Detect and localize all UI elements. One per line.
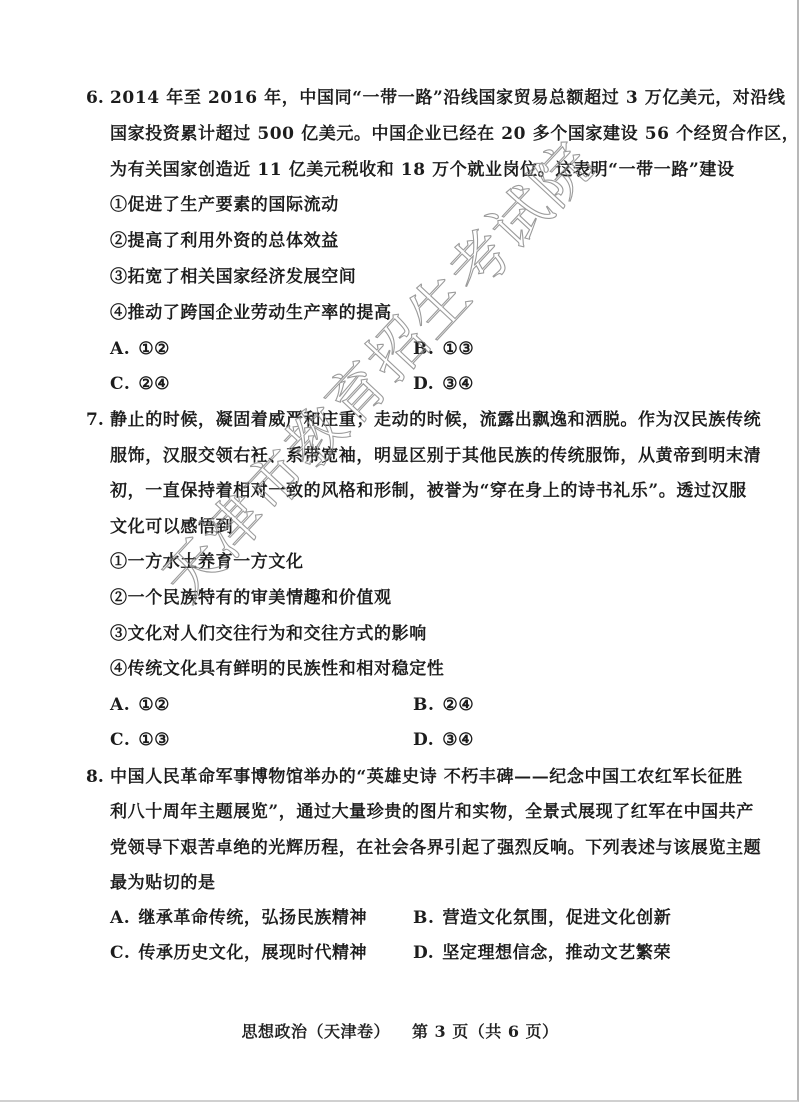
option-letter: A. bbox=[110, 339, 130, 359]
option-text: ②④ bbox=[443, 695, 475, 715]
option-b: B.②④ bbox=[413, 694, 474, 716]
option-text: ①② bbox=[138, 695, 170, 715]
option-c: C.①③ bbox=[110, 729, 170, 751]
option-text: ③④ bbox=[442, 374, 474, 394]
question-stem-line: 静止的时候，凝固着威严和庄重；走动的时候，流露出飘逸和洒脱。作为汉民族传统 bbox=[110, 409, 761, 431]
footer-page-info: 第 3 页（共 6 页） bbox=[412, 1022, 559, 1041]
question-stem-line: 中国人民革命军事博物馆举办的“英雄史诗 不朽丰碑——纪念中国工农红军长征胜 bbox=[110, 766, 743, 788]
statement: ④推动了跨国企业劳动生产率的提高 bbox=[110, 302, 392, 324]
question-stem-line: 党领导下艰苦卓绝的光辉历程，在社会各界引起了强烈反响。下列表述与该展览主题 bbox=[110, 837, 761, 859]
question-stem-line: 文化可以感悟到 bbox=[110, 516, 233, 538]
question-stem-line: 初，一直保持着相对一致的风格和形制，被誉为“穿在身上的诗书礼乐”。透过汉服 bbox=[110, 480, 747, 502]
question-number: 8. bbox=[86, 766, 104, 788]
page-footer: 思想政治（天津卷）第 3 页（共 6 页） bbox=[0, 1019, 800, 1042]
exam-page: 6. 2014 年至 2016 年，中国同“一带一路”沿线国家贸易总额超过 3 … bbox=[0, 0, 799, 1102]
footer-subject: 思想政治（天津卷） bbox=[241, 1022, 390, 1041]
statement: ①一方水土养育一方文化 bbox=[110, 551, 304, 573]
question-stem-line: 国家投资累计超过 500 亿美元。中国企业已经在 20 多个国家建设 56 个经… bbox=[110, 123, 799, 145]
option-letter: C. bbox=[110, 943, 130, 963]
option-d: D.坚定理想信念，推动文艺繁荣 bbox=[413, 942, 671, 964]
option-text: 坚定理想信念，推动文艺繁荣 bbox=[442, 943, 671, 963]
option-text: ①③ bbox=[138, 730, 170, 750]
option-letter: D. bbox=[413, 374, 434, 394]
option-text: ②④ bbox=[138, 374, 170, 394]
question-stem-line: 为有关国家创造近 11 亿美元税收和 18 万个就业岗位。这表明“一带一路”建设 bbox=[110, 159, 735, 181]
option-letter: D. bbox=[413, 943, 434, 963]
option-a: A.①② bbox=[110, 338, 170, 360]
option-letter: C. bbox=[110, 730, 130, 750]
question-stem-line: 服饰，汉服交领右衽、系带宽袖，明显区别于其他民族的传统服饰，从黄帝到明末清 bbox=[110, 445, 761, 467]
option-text: ③④ bbox=[442, 730, 474, 750]
statement: ②提高了利用外资的总体效益 bbox=[110, 230, 339, 252]
option-text: ①③ bbox=[443, 339, 475, 359]
option-d: D.③④ bbox=[413, 373, 474, 395]
statement: ④传统文化具有鲜明的民族性和相对稳定性 bbox=[110, 658, 444, 680]
question-number: 6. bbox=[86, 87, 104, 109]
statement: ②一个民族特有的审美情趣和价值观 bbox=[110, 587, 392, 609]
option-c: C.②④ bbox=[110, 373, 170, 395]
option-letter: B. bbox=[413, 339, 435, 359]
option-text: 传承历史文化，展现时代精神 bbox=[138, 943, 367, 963]
option-letter: A. bbox=[110, 908, 130, 928]
option-letter: B. bbox=[413, 908, 435, 928]
question-stem-line: 2014 年至 2016 年，中国同“一带一路”沿线国家贸易总额超过 3 万亿美… bbox=[110, 87, 786, 109]
option-letter: A. bbox=[110, 695, 130, 715]
question-number: 7. bbox=[86, 409, 104, 431]
option-b: B.①③ bbox=[413, 338, 474, 360]
option-a: A.①② bbox=[110, 694, 170, 716]
option-text: 继承革命传统，弘扬民族精神 bbox=[138, 908, 367, 928]
option-text: 营造文化氛围，促进文化创新 bbox=[443, 908, 672, 928]
option-letter: B. bbox=[413, 695, 435, 715]
option-text: ①② bbox=[138, 339, 170, 359]
question-stem-line: 最为贴切的是 bbox=[110, 872, 216, 894]
option-c: C.传承历史文化，展现时代精神 bbox=[110, 942, 367, 964]
statement: ①促进了生产要素的国际流动 bbox=[110, 194, 339, 216]
option-b: B.营造文化氛围，促进文化创新 bbox=[413, 907, 671, 929]
question-stem-line: 利八十周年主题展览”，通过大量珍贵的图片和实物，全景式展现了红军在中国共产 bbox=[110, 801, 754, 823]
option-letter: D. bbox=[413, 730, 434, 750]
statement: ③拓宽了相关国家经济发展空间 bbox=[110, 266, 356, 288]
option-letter: C. bbox=[110, 374, 130, 394]
option-a: A.继承革命传统，弘扬民族精神 bbox=[110, 907, 367, 929]
statement: ③文化对人们交往行为和交往方式的影响 bbox=[110, 623, 427, 645]
option-d: D.③④ bbox=[413, 729, 474, 751]
